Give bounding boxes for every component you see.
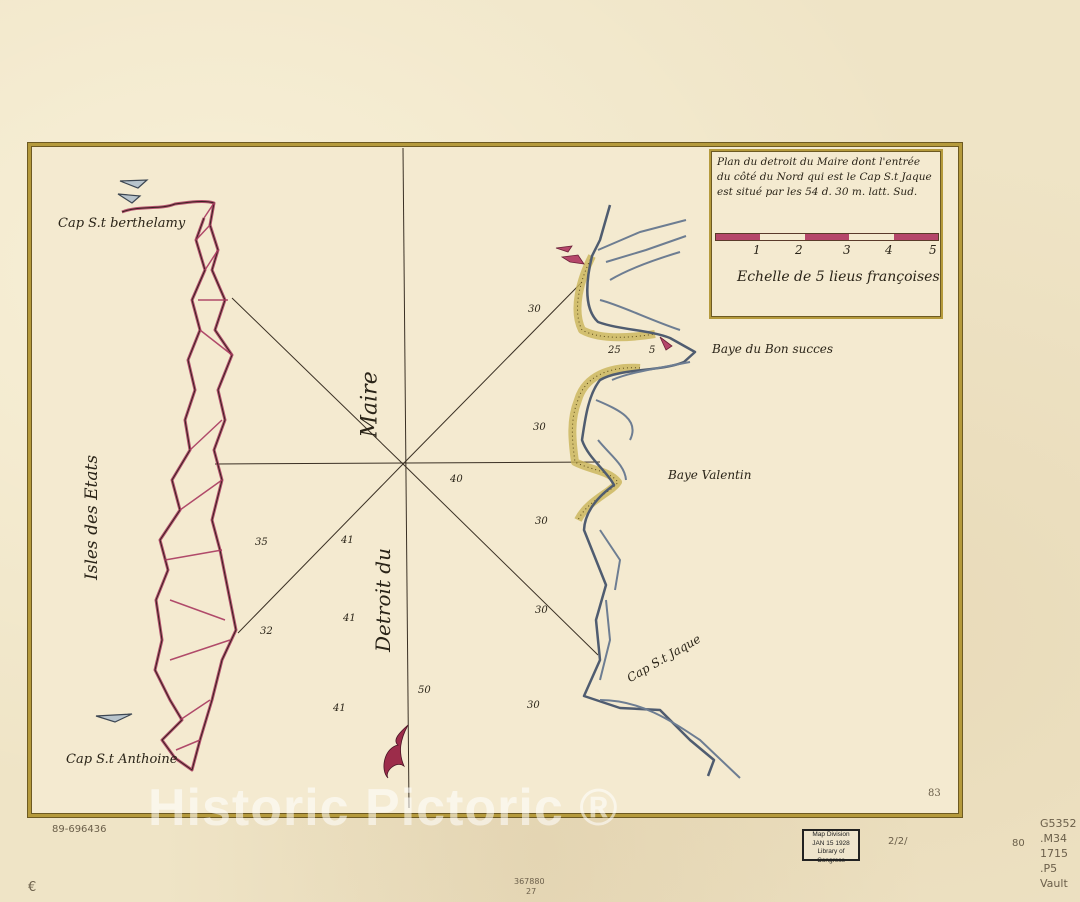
call-number-line: 1715 xyxy=(1040,846,1077,861)
scale-number: 5 xyxy=(929,243,937,257)
title-cartouche: Plan du detroit du Maire dont l'entrée d… xyxy=(709,149,943,319)
label-cap-st-berthelamy: Cap S.t berthelamy xyxy=(58,216,185,231)
label-isles-des-etats: Isles des Etats xyxy=(82,455,102,580)
fraction-note: 2/2/ xyxy=(888,836,907,847)
accession-number: 89-696436 xyxy=(52,824,107,835)
depth-sounding: 41 xyxy=(341,535,354,546)
depth-sounding: 35 xyxy=(255,537,268,548)
scale-segment xyxy=(716,234,760,240)
scale-segment xyxy=(760,234,804,240)
label-cap-st-anthoine: Cap S.t Anthoine xyxy=(66,752,178,767)
bottom-number-2: 27 xyxy=(526,887,536,896)
label-maire: Maire xyxy=(358,371,383,437)
stamp-line: JAN 15 1928 xyxy=(804,840,858,849)
depth-sounding: 30 xyxy=(533,422,546,433)
isles-des-etats-coastline xyxy=(122,201,236,770)
scale-number: 4 xyxy=(885,243,893,257)
depth-sounding: 30 xyxy=(527,700,540,711)
map-title-line-1: Plan du detroit du Maire dont l'entrée xyxy=(717,155,939,170)
depth-sounding: 32 xyxy=(260,626,273,637)
depth-sounding: 41 xyxy=(343,613,356,624)
depth-sounding: 50 xyxy=(418,685,431,696)
map-title-line-2: du côté du Nord qui est le Cap S.t Jaque xyxy=(717,170,939,185)
scale-number: 3 xyxy=(843,243,851,257)
sheet-number: 83 xyxy=(928,788,941,799)
stamp-line: Library of Congress xyxy=(804,848,858,865)
depth-sounding: 25 xyxy=(608,345,621,356)
rhumb-lines xyxy=(215,148,600,808)
scale-number: 1 xyxy=(753,243,761,257)
bottom-number: 367880 xyxy=(514,877,545,886)
library-stamp: Map Division JAN 15 1928 Library of Cong… xyxy=(802,829,860,861)
scale-segment xyxy=(805,234,849,240)
call-number-line: G5352 xyxy=(1040,816,1077,831)
label-detroit-du: Detroit du xyxy=(371,548,395,652)
depth-sounding: 30 xyxy=(528,304,541,315)
scale-number: 2 xyxy=(795,243,803,257)
label-baye-valentin: Baye Valentin xyxy=(668,468,751,482)
call-number-line: .P5 xyxy=(1040,861,1077,876)
call-number-line: Vault xyxy=(1040,876,1077,891)
scale-bar xyxy=(715,233,939,241)
stamp-line: Map Division xyxy=(804,831,858,840)
small-islands-left xyxy=(96,180,147,722)
scale-segment xyxy=(894,234,938,240)
map-title: Plan du detroit du Maire dont l'entrée d… xyxy=(717,155,939,200)
margin-symbol: € xyxy=(28,880,36,895)
map-title-line-3: est situé par les 54 d. 30 m. latt. Sud. xyxy=(717,185,939,200)
depth-sounding: 30 xyxy=(535,605,548,616)
scale-label: Echelle de 5 lieus françoises xyxy=(737,269,940,285)
depth-sounding: 30 xyxy=(535,516,548,527)
call-number: G5352 .M34 1715 .P5 Vault xyxy=(1040,816,1077,891)
fleur-de-lis-icon xyxy=(384,725,408,778)
scale-numbers: 1 2 3 4 5 xyxy=(715,243,937,259)
depth-sounding: 41 xyxy=(333,703,346,714)
scale-segment xyxy=(849,234,893,240)
watermark: Historic Pictoric ® xyxy=(148,778,619,838)
call-number-line: .M34 xyxy=(1040,831,1077,846)
depth-sounding: 5 xyxy=(649,345,655,356)
call-prefix: 80 xyxy=(1012,838,1025,849)
label-baye-du-bon-succes: Baye du Bon succes xyxy=(712,342,833,356)
depth-sounding: 40 xyxy=(450,474,463,485)
